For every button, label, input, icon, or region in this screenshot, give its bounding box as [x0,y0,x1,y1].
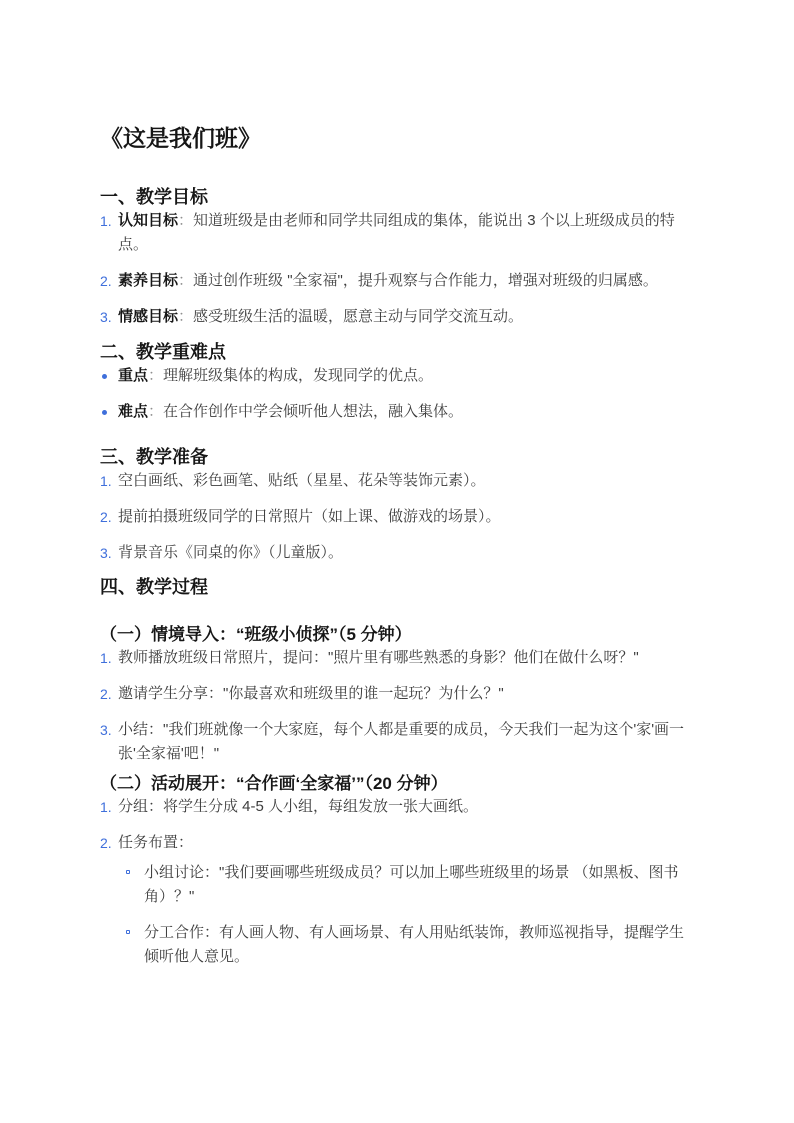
item-body: 邀请学生分享："你最喜欢和班级里的谁一起玩？为什么？" [118,682,697,706]
subsection-heading-activity-development: （二）活动展开：“合作画‘全家福’”（20 分钟） [100,773,697,795]
item-body: 感受班级生活的温暖，愿意主动与同学交流互动。 [193,308,523,325]
situation-intro-list: 1. 教师播放班级日常照片，提问："照片里有哪些熟悉的身影？他们在做什么呀？" … [100,646,697,766]
task-sublist: 小组讨论："我们要画哪些班级成员？可以加上哪些班级里的场景 （如黑板、图书角）？… [124,861,697,969]
document-title: 《这是我们班》 [100,123,697,153]
list-item-text: 重点：理解班级集体的构成，发现同学的优点。 [118,364,697,388]
label-colon: ： [178,272,193,289]
subsection-heading-situation-intro: （一）情境导入：“班级小侦探”（5 分钟） [100,624,697,646]
list-item: 重点：理解班级集体的构成，发现同学的优点。 [100,364,697,388]
list-item: 难点：在合作创作中学会倾听他人想法，融入集体。 [100,400,697,424]
document-page: 《这是我们班》 一、教学目标 1. 认知目标：知道班级是由老师和同学共同组成的集… [0,0,794,1123]
list-item: 2. 任务布置： 小组讨论："我们要画哪些班级成员？可以加上哪些班级里的场景 （… [100,831,697,969]
label-colon: ： [178,308,193,325]
teaching-goals-list: 1. 认知目标：知道班级是由老师和同学共同组成的集体，能说出 3 个以上班级成员… [100,209,697,329]
item-body: 在合作创作中学会倾听他人想法，融入集体。 [163,403,463,420]
list-number: 1. [100,209,118,233]
item-body: 分工合作：有人画人物、有人画场景、有人用贴纸装饰，教师巡视指导，提醒学生倾听他人… [144,921,690,969]
list-item: 2. 邀请学生分享："你最喜欢和班级里的谁一起玩？为什么？" [100,682,697,706]
section-heading-teaching-goals: 一、教学目标 [100,185,697,209]
list-number: 3. [100,541,118,565]
list-number: 2. [100,505,118,529]
item-label: 情感目标 [118,308,178,325]
list-item-text: 难点：在合作创作中学会倾听他人想法，融入集体。 [118,400,697,424]
list-number: 2. [100,682,118,706]
sub-list-item: 小组讨论："我们要画哪些班级成员？可以加上哪些班级里的场景 （如黑板、图书角）？… [124,861,697,909]
list-item: 1. 分组：将学生分成 4-5 人小组，每组发放一张大画纸。 [100,795,697,819]
item-label: 重点 [118,367,148,384]
key-points-list: 重点：理解班级集体的构成，发现同学的优点。 难点：在合作创作中学会倾听他人想法，… [100,364,697,424]
item-body: 分组：将学生分成 4-5 人小组，每组发放一张大画纸。 [118,795,697,819]
item-label: 认知目标 [118,212,178,229]
list-number: 2. [100,831,118,855]
bullet-icon [100,400,118,415]
section-heading-teaching-process: 四、教学过程 [100,575,697,599]
bullet-icon [100,364,118,379]
item-body: 知道班级是由老师和同学共同组成的集体，能说出 3 个以上班级成员的特点。 [118,212,675,253]
list-item: 1. 教师播放班级日常照片，提问："照片里有哪些熟悉的身影？他们在做什么呀？" [100,646,697,670]
list-item: 1. 认知目标：知道班级是由老师和同学共同组成的集体，能说出 3 个以上班级成员… [100,209,697,257]
label-colon: ： [148,367,163,384]
activity-development-list: 1. 分组：将学生分成 4-5 人小组，每组发放一张大画纸。 2. 任务布置： … [100,795,697,969]
list-item-text: 认知目标：知道班级是由老师和同学共同组成的集体，能说出 3 个以上班级成员的特点… [118,209,697,257]
list-item: 2. 提前拍摄班级同学的日常照片（如上课、做游戏的场景）。 [100,505,697,529]
list-number: 1. [100,646,118,670]
list-number: 3. [100,305,118,329]
item-body: 小组讨论："我们要画哪些班级成员？可以加上哪些班级里的场景 （如黑板、图书角）？… [144,861,690,909]
item-label: 难点 [118,403,148,420]
list-number: 2. [100,269,118,293]
sub-bullet-icon [124,861,144,874]
list-item: 3. 小结："我们班就像一个大家庭，每个人都是重要的成员，今天我们一起为这个'家… [100,718,697,766]
preparation-list: 1. 空白画纸、彩色画笔、贴纸（星星、花朵等装饰元素）。 2. 提前拍摄班级同学… [100,469,697,565]
label-colon: ： [178,212,193,229]
list-item: 2. 素养目标：通过创作班级 "全家福"，提升观察与合作能力，增强对班级的归属感… [100,269,697,293]
list-item: 3. 情感目标：感受班级生活的温暖，愿意主动与同学交流互动。 [100,305,697,329]
item-body: 教师播放班级日常照片，提问："照片里有哪些熟悉的身影？他们在做什么呀？" [118,646,697,670]
list-number: 1. [100,795,118,819]
list-item: 3. 背景音乐《同桌的你》（儿童版）。 [100,541,697,565]
item-body: 理解班级集体的构成，发现同学的优点。 [163,367,433,384]
list-item-text: 情感目标：感受班级生活的温暖，愿意主动与同学交流互动。 [118,305,697,329]
list-item: 1. 空白画纸、彩色画笔、贴纸（星星、花朵等装饰元素）。 [100,469,697,493]
list-number: 3. [100,718,118,742]
item-body: 背景音乐《同桌的你》（儿童版）。 [118,541,697,565]
list-item-text: 素养目标：通过创作班级 "全家福"，提升观察与合作能力，增强对班级的归属感。 [118,269,697,293]
list-number: 1. [100,469,118,493]
section-heading-key-difficult-points: 二、教学重难点 [100,340,697,364]
item-body: 提前拍摄班级同学的日常照片（如上课、做游戏的场景）。 [118,505,697,529]
list-item-text: 任务布置： 小组讨论："我们要画哪些班级成员？可以加上哪些班级里的场景 （如黑板… [118,831,697,969]
sub-list-item: 分工合作：有人画人物、有人画场景、有人用贴纸装饰，教师巡视指导，提醒学生倾听他人… [124,921,697,969]
item-body: 任务布置： [118,834,193,851]
item-label: 素养目标 [118,272,178,289]
item-body: 通过创作班级 "全家福"，提升观察与合作能力，增强对班级的归属感。 [193,272,658,289]
label-colon: ： [148,403,163,420]
item-body: 小结："我们班就像一个大家庭，每个人都是重要的成员，今天我们一起为这个'家'画一… [118,718,697,766]
sub-bullet-icon [124,921,144,934]
item-body: 空白画纸、彩色画笔、贴纸（星星、花朵等装饰元素）。 [118,469,697,493]
section-heading-teaching-preparation: 三、教学准备 [100,445,697,469]
